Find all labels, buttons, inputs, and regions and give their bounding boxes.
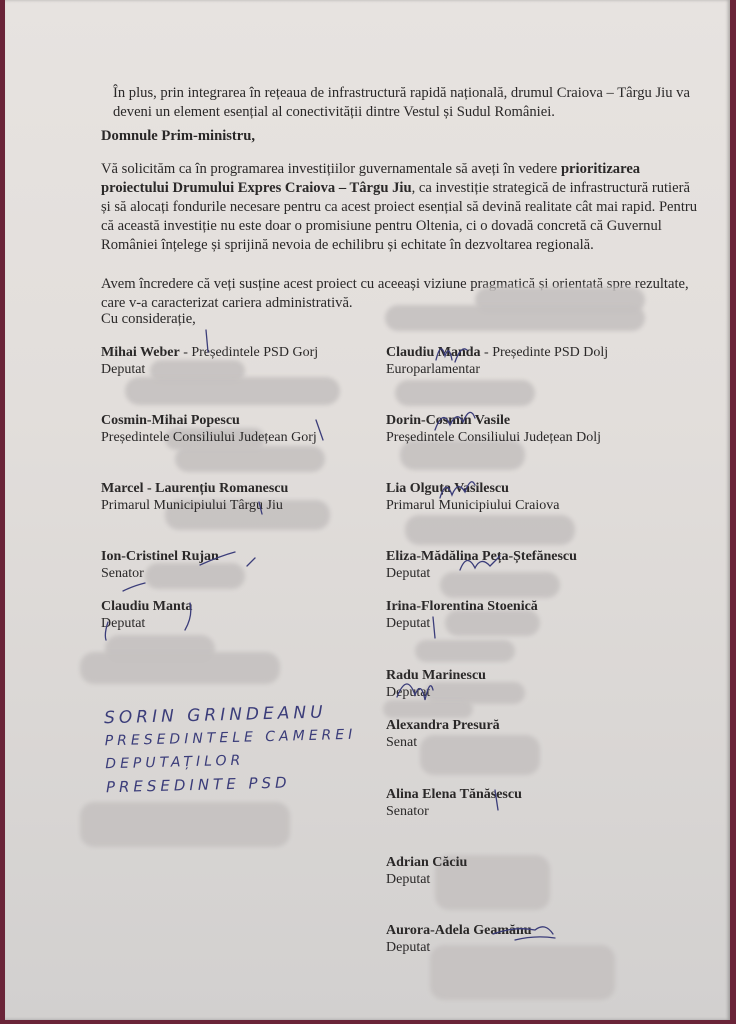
signatory-left-5: Claudiu Manta Deputat xyxy=(101,598,192,632)
signatory-right-1: Claudiu Manda - Președinte PSD Dolj Euro… xyxy=(386,344,608,378)
signatory-right-10: Aurora-Adela Geamănu Deputat xyxy=(386,922,532,956)
signatory-role: Senat xyxy=(386,734,500,751)
signatory-name: Ion-Cristinel Rujan xyxy=(101,549,219,564)
signatory-role: Deputat xyxy=(101,361,318,378)
signatory-title: - Președinte PSD Dolj xyxy=(481,345,609,360)
redaction-blur xyxy=(125,377,340,405)
signatory-name: Marcel - Laurențiu Romanescu xyxy=(101,481,288,496)
redaction-blur xyxy=(385,305,645,331)
signatory-name: Radu Marinescu xyxy=(386,668,486,683)
signatory-role: Primarul Municipiului Craiova xyxy=(386,497,559,514)
signatory-role: Președintele Consiliului Județean Dolj xyxy=(386,429,601,446)
redaction-blur xyxy=(405,515,575,545)
redaction-blur xyxy=(415,640,515,662)
signatory-right-7: Alexandra Presură Senat xyxy=(386,717,500,751)
signatory-right-4: Eliza-Mădălina Peța-Ștefănescu Deputat xyxy=(386,548,577,582)
signatory-name: Eliza-Mădălina Peța-Ștefănescu xyxy=(386,549,577,564)
paragraph-request: Vă solicităm ca în programarea investiți… xyxy=(101,160,701,255)
closing-line: Cu considerație, xyxy=(101,310,196,329)
signatory-right-8: Alina Elena Tănăsescu Senator xyxy=(386,786,522,820)
signatory-name: Adrian Căciu xyxy=(386,855,467,870)
redaction-blur xyxy=(395,380,535,406)
redaction-blur xyxy=(175,446,325,472)
signatory-name: Dorin-Cosmin Vasile xyxy=(386,413,510,428)
signatory-left-3: Marcel - Laurențiu Romanescu Primarul Mu… xyxy=(101,480,288,514)
signatory-role: Senator xyxy=(386,803,522,820)
salutation: Domnule Prim-ministru, xyxy=(101,127,255,146)
signatory-left-4: Ion-Cristinel Rujan Senator xyxy=(101,548,219,582)
signatory-name: Claudiu Manta xyxy=(101,599,192,614)
signatory-left-2: Cosmin-Mihai Popescu Președintele Consil… xyxy=(101,412,317,446)
signatory-name: Claudiu Manda xyxy=(386,345,481,360)
signatory-name: Lia Olguța Vasilescu xyxy=(386,481,509,496)
signatory-right-2: Dorin-Cosmin Vasile Președintele Consili… xyxy=(386,412,601,446)
signatory-role: Deputat xyxy=(386,684,486,701)
signatory-role: Deputat xyxy=(386,615,538,632)
signatory-name: Alexandra Presură xyxy=(386,718,500,733)
signatory-role: Europarlamentar xyxy=(386,361,608,378)
paragraph-intro: În plus, prin integrarea în rețeaua de i… xyxy=(113,84,713,122)
signatory-role: Deputat xyxy=(386,565,577,582)
signatory-right-5: Irina-Florentina Stoenică Deputat xyxy=(386,598,538,632)
redaction-blur xyxy=(80,802,290,847)
signatory-role: Primarul Municipiului Târgu Jiu xyxy=(101,497,288,514)
request-text-start: Vă solicităm ca în programarea investiți… xyxy=(101,161,561,177)
signatory-role: Senator xyxy=(101,565,219,582)
letter-page: În plus, prin integrarea în rețeaua de i… xyxy=(5,0,730,1020)
signatory-left-1: Mihai Weber - Președintele PSD Gorj Depu… xyxy=(101,344,318,378)
handwritten-note: SORIN GRINDEANU PRESEDINTELE CAMEREI DEP… xyxy=(104,701,358,800)
signatory-role: Deputat xyxy=(386,939,532,956)
redaction-blur xyxy=(80,652,280,684)
signatory-name: Alina Elena Tănăsescu xyxy=(386,787,522,802)
signatory-name: Aurora-Adela Geamănu xyxy=(386,923,532,938)
signatory-name: Cosmin-Mihai Popescu xyxy=(101,413,240,428)
signatory-role: Președintele Consiliului Județean Gorj xyxy=(101,429,317,446)
signatory-name: Mihai Weber xyxy=(101,345,180,360)
signatory-right-6: Radu Marinescu Deputat xyxy=(386,667,486,701)
signatory-role: Deputat xyxy=(386,871,467,888)
signatory-right-9: Adrian Căciu Deputat xyxy=(386,854,467,888)
signatory-right-3: Lia Olguța Vasilescu Primarul Municipiul… xyxy=(386,480,559,514)
redaction-blur xyxy=(383,700,473,718)
signatory-title: - Președintele PSD Gorj xyxy=(180,345,318,360)
signatory-name: Irina-Florentina Stoenică xyxy=(386,599,538,614)
signatory-role: Deputat xyxy=(101,615,192,632)
